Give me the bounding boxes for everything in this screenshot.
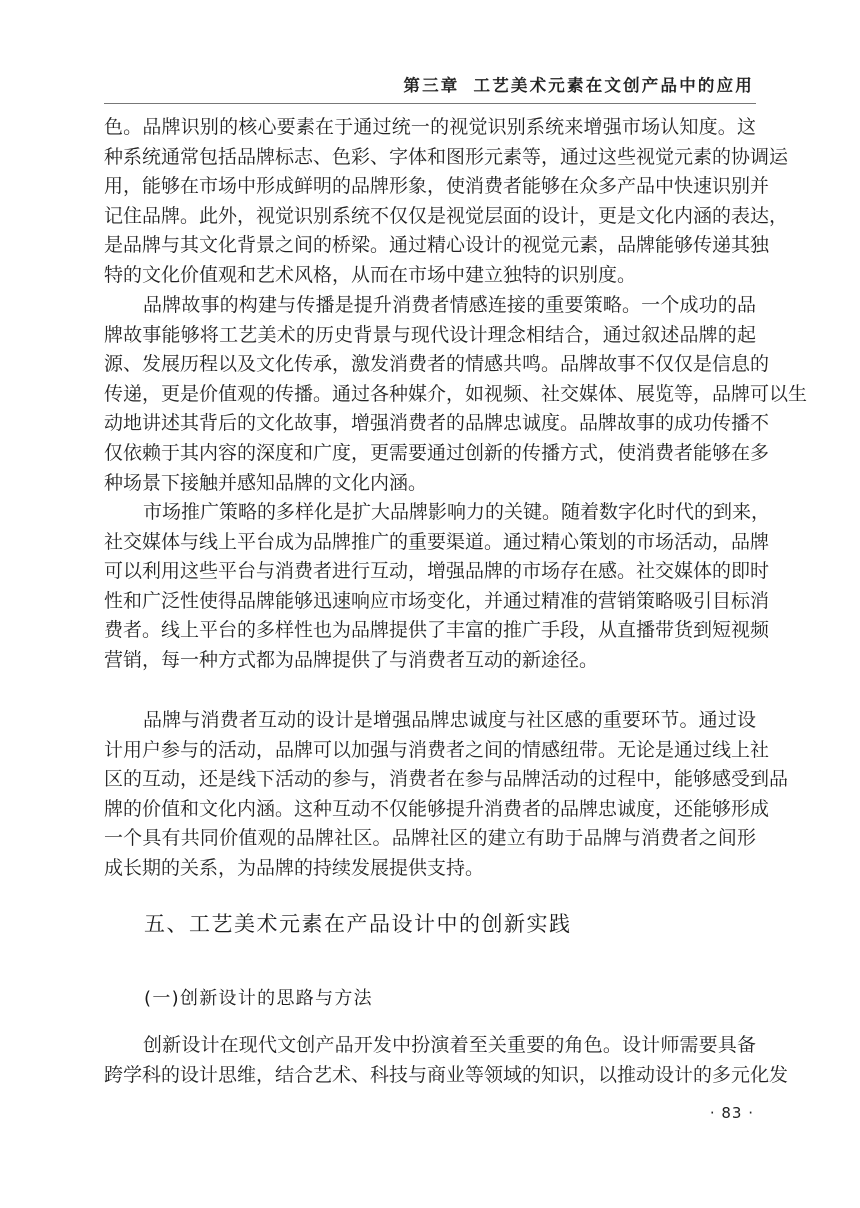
text-line: 是品牌与其文化背景之间的桥梁。通过精心设计的视觉元素，品牌能够传递其独 xyxy=(104,231,756,261)
sub-heading: (一)创新设计的思路与方法 xyxy=(144,984,373,1010)
text-line: 一个具有共同价值观的品牌社区。品牌社区的建立有助于品牌与消费者之间形 xyxy=(104,824,756,854)
text-line: 营销，每一种方式都为品牌提供了与消费者互动的新途径。 xyxy=(104,646,756,676)
text-line: 品牌与消费者互动的设计是增强品牌忠诚度与社区感的重要环节。通过设 xyxy=(104,706,756,736)
text-line: 传递，更是价值观的传播。通过各种媒介，如视频、社交媒体、展览等，品牌可以生 xyxy=(104,380,756,410)
text-line: 品牌故事的构建与传播是提升消费者情感连接的重要策略。一个成功的品 xyxy=(104,291,756,321)
page-number: · 83 · xyxy=(710,1104,754,1122)
text-line: 仅依赖于其内容的深度和广度，更需要通过创新的传播方式，使消费者能够在多 xyxy=(104,439,756,469)
text-line: 动地讲述其背后的文化故事，增强消费者的品牌忠诚度。品牌故事的成功传播不 xyxy=(104,409,756,439)
paragraph-3: 市场推广策略的多样化是扩大品牌影响力的关键。随着数字化时代的到来， 社交媒体与线… xyxy=(104,498,756,676)
text-line: 性和广泛性使得品牌能够迅速响应市场变化，并通过精准的营销策略吸引目标消 xyxy=(104,587,756,617)
text-line: 社交媒体与线上平台成为品牌推广的重要渠道。通过精心策划的市场活动，品牌 xyxy=(104,528,756,558)
text-line: 牌的价值和文化内涵。这种互动不仅能够提升消费者的品牌忠诚度，还能够形成 xyxy=(104,795,756,825)
text-line: 源、发展历程以及文化传承，激发消费者的情感共鸣。品牌故事不仅仅是信息的 xyxy=(104,350,756,380)
text-line: 特的文化价值观和艺术风格，从而在市场中建立独特的识别度。 xyxy=(104,261,756,291)
text-line: 成长期的关系，为品牌的持续发展提供支持。 xyxy=(104,854,756,884)
header-rule-divider xyxy=(104,103,756,104)
running-head: 第三章工艺美术元素在文创产品中的应用 xyxy=(403,72,754,96)
text-line: 色。品牌识别的核心要素在于通过统一的视觉识别系统来增强市场认知度。这 xyxy=(104,113,756,143)
text-line: 记住品牌。此外，视觉识别系统不仅仅是视觉层面的设计，更是文化内涵的表达， xyxy=(104,202,756,232)
text-line: 跨学科的设计思维，结合艺术、科技与商业等领域的知识，以推动设计的多元化发 xyxy=(104,1061,756,1091)
chapter-title: 工艺美术元素在文创产品中的应用 xyxy=(474,76,755,95)
text-line: 计用户参与的活动，品牌可以加强与消费者之间的情感纽带。无论是通过线上社 xyxy=(104,736,756,766)
paragraph-5: 创新设计在现代文创产品开发中扮演着至关重要的角色。设计师需要具备 跨学科的设计思… xyxy=(104,1031,756,1090)
paragraph-4: 品牌与消费者互动的设计是增强品牌忠诚度与社区感的重要环节。通过设 计用户参与的活… xyxy=(104,706,756,884)
text-line: 用，能够在市场中形成鲜明的品牌形象，使消费者能够在众多产品中快速识别并 xyxy=(104,172,756,202)
paragraph-2: 品牌故事的构建与传播是提升消费者情感连接的重要策略。一个成功的品 牌故事能够将工… xyxy=(104,291,756,498)
chapter-number: 第三章 xyxy=(403,76,459,95)
text-line: 种系统通常包括品牌标志、色彩、字体和图形元素等，通过这些视觉元素的协调运 xyxy=(104,143,756,173)
text-line: 种场景下接触并感知品牌的文化内涵。 xyxy=(104,469,756,499)
text-line: 牌故事能够将工艺美术的历史背景与现代设计理念相结合，通过叙述品牌的起 xyxy=(104,321,756,351)
paragraph-1: 色。品牌识别的核心要素在于通过统一的视觉识别系统来增强市场认知度。这 种系统通常… xyxy=(104,113,756,291)
text-line: 区的互动，还是线下活动的参与，消费者在参与品牌活动的过程中，能够感受到品 xyxy=(104,765,756,795)
section-heading: 五、工艺美术元素在产品设计中的创新实践 xyxy=(144,908,572,938)
text-line: 创新设计在现代文创产品开发中扮演着至关重要的角色。设计师需要具备 xyxy=(104,1031,756,1061)
text-line: 市场推广策略的多样化是扩大品牌影响力的关键。随着数字化时代的到来， xyxy=(104,498,756,528)
text-line: 可以利用这些平台与消费者进行互动，增强品牌的市场存在感。社交媒体的即时 xyxy=(104,557,756,587)
book-page: 第三章工艺美术元素在文创产品中的应用 色。品牌识别的核心要素在于通过统一的视觉识… xyxy=(0,0,860,1208)
text-line: 费者。线上平台的多样性也为品牌提供了丰富的推广手段，从直播带货到短视频 xyxy=(104,616,756,646)
